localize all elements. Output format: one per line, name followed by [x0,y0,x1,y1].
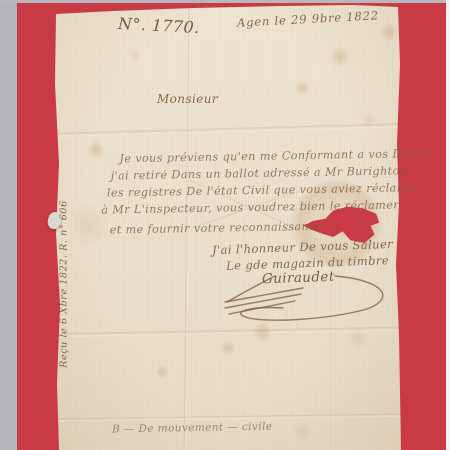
foxing-stain [346,326,370,350]
scanner-edge-top [0,0,450,3]
margin-docket-note-vertical: Reçu le 6 Xbre 1822. R. n° 606 [59,169,70,399]
foxing-stain [155,365,169,379]
letter-photo: N°. 1770. Agen le 29 9bre 1822 Monsieur … [0,0,450,450]
scanner-edge-left [0,0,17,450]
foxing-stain [294,80,310,96]
foxing-stain [220,340,236,356]
signature-flourish [215,268,400,328]
foxing-stain [292,422,312,442]
foxing-stain [362,112,378,128]
foxing-stain [129,49,141,61]
foxing-stain [330,47,350,67]
letter-body: Je vous préviens qu'en me Conformant a v… [94,145,407,238]
letter-salutation: Monsieur [157,92,218,106]
foxing-stain [380,23,398,41]
scanner-edge-right [446,0,450,450]
